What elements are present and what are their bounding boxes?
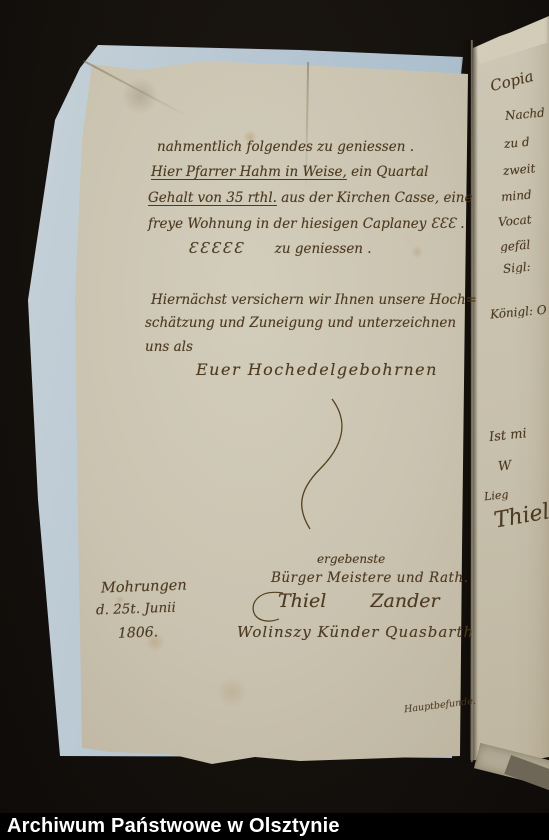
body-line: Hier Pfarrer Hahm in Weise, ein Quartal <box>151 166 428 180</box>
body-line: Gehalt von 35 rthl. aus der Kirchen Cass… <box>148 192 472 206</box>
underlined-text: Gehalt von 35 rthl. <box>148 190 277 206</box>
body-line: schätzung und Zuneigung und unterzeichne… <box>145 317 456 331</box>
closing-senders: Bürger Meistere und Rath. <box>271 572 468 586</box>
body-line: uns als <box>145 341 193 355</box>
archival-photo: Copia Nachd zu d zweit mind Vocat gefäl … <box>0 0 549 840</box>
pen-flourish <box>270 395 360 535</box>
signature-zander: Zander <box>370 592 439 611</box>
etc-marks: ƐƐƐƐƐ <box>188 239 245 257</box>
signature-row: Thiel Zander <box>278 592 440 611</box>
body-text: zu geniessen . <box>275 241 372 257</box>
archive-caption: Archiwum Państwowe w Olsztynie <box>0 813 549 840</box>
body-line: nahmentlich folgendes zu geniessen . <box>157 141 414 155</box>
closing-valediction: ergebenste <box>317 553 385 565</box>
dateline-place: Mohrungen <box>101 579 187 596</box>
signatures-bottom: Wolinszy Künder Quasbarth <box>237 625 474 640</box>
body-text: ein Quartal <box>347 164 429 180</box>
dateline-day: d. 25t. Junii <box>96 602 176 618</box>
caption-bar: Archiwum Państwowe w Olsztynie <box>0 813 549 840</box>
signature-thiel: Thiel <box>278 592 326 611</box>
body-line: freye Wohnung in der hiesigen Caplaney Ɛ… <box>148 218 465 232</box>
dateline-year: 1806. <box>118 625 159 640</box>
body-text: aus der Kirchen Casse, eine <box>277 190 473 206</box>
body-line: ƐƐƐƐƐzu geniessen . <box>188 241 372 257</box>
salutation-line: Euer Hochedelgebohrnen <box>196 362 438 378</box>
body-line: Hiernächst versichern wir Ihnen unsere H… <box>151 294 477 308</box>
underlined-text: Hier Pfarrer Hahm in Weise, <box>151 164 347 180</box>
